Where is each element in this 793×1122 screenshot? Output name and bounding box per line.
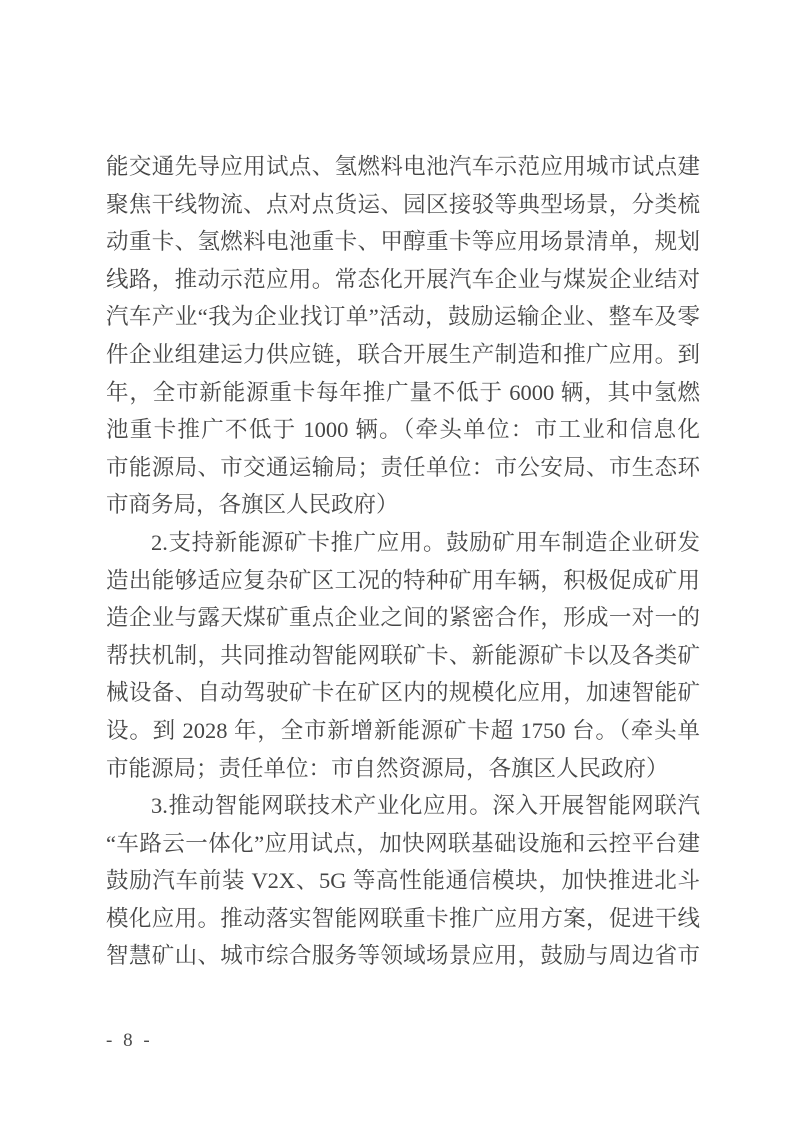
body-text: 能交通先导应用试点、氢燃料电池汽车示范应用城市试点建设，聚焦干线物流、点对点货运… [106, 148, 700, 975]
text-line: 市商务局，各旗区人民政府） [106, 486, 700, 524]
document-page: 能交通先导应用试点、氢燃料电池汽车示范应用城市试点建设，聚焦干线物流、点对点货运… [0, 0, 793, 1122]
text-line: 3.推动智能网联技术产业化应用。深入开展智能网联汽车 [106, 787, 700, 825]
text-line: 池重卡推广不低于 1000 辆。（牵头单位：市工业和信息化局、 [106, 411, 700, 449]
text-line: 鼓励汽车前装 V2X、5G 等高性能通信模块，加快推进北斗系统规 [106, 862, 700, 900]
text-line: 设。到 2028 年，全市新增新能源矿卡超 1750 台。（牵头单位： [106, 712, 700, 750]
text-line: 年，全市新能源重卡每年推广量不低于 6000 辆，其中氢燃料电 [106, 374, 700, 412]
text-line: 件企业组建运力供应链，联合开展生产制造和推广应用。到 2028 [106, 336, 700, 374]
text-line: 汽车产业“我为企业找订单”活动，鼓励运输企业、整车及零部 [106, 298, 700, 336]
text-line: 造企业与露天煤矿重点企业之间的紧密合作，形成一对一的结对 [106, 599, 700, 637]
text-line: 动重卡、氢燃料电池重卡、甲醇重卡等应用场景清单，规划运输 [106, 223, 700, 261]
text-line: 聚焦干线物流、点对点货运、园区接驳等典型场景，分类梳理电 [106, 186, 700, 224]
text-line: 2.支持新能源矿卡推广应用。鼓励矿用车制造企业研发和制 [106, 524, 700, 562]
text-line: 造出能够适应复杂矿区工况的特种矿用车辆，积极促成矿用车制 [106, 562, 700, 600]
text-line: 能交通先导应用试点、氢燃料电池汽车示范应用城市试点建设， [106, 148, 700, 186]
page-number: - 8 - [106, 1026, 153, 1056]
text-line: 智慧矿山、城市综合服务等领域场景应用，鼓励与周边省市地区 [106, 937, 700, 975]
text-line: 帮扶机制，共同推动智能网联矿卡、新能源矿卡以及各类矿用机 [106, 637, 700, 675]
text-line: 市能源局；责任单位：市自然资源局，各旗区人民政府） [106, 750, 700, 788]
text-line: 市能源局、市交通运输局；责任单位：市公安局、市生态环境局、 [106, 449, 700, 487]
text-line: 械设备、自动驾驶矿卡在矿区内的规模化应用，加速智能矿山建 [106, 674, 700, 712]
text-line: “车路云一体化”应用试点，加快网联基础设施和云控平台建设， [106, 825, 700, 863]
text-line: 模化应用。推动落实智能网联重卡推广应用方案，促进干线物流、 [106, 900, 700, 938]
text-line: 线路，推动示范应用。常态化开展汽车企业与煤炭企业结对共建、 [106, 261, 700, 299]
